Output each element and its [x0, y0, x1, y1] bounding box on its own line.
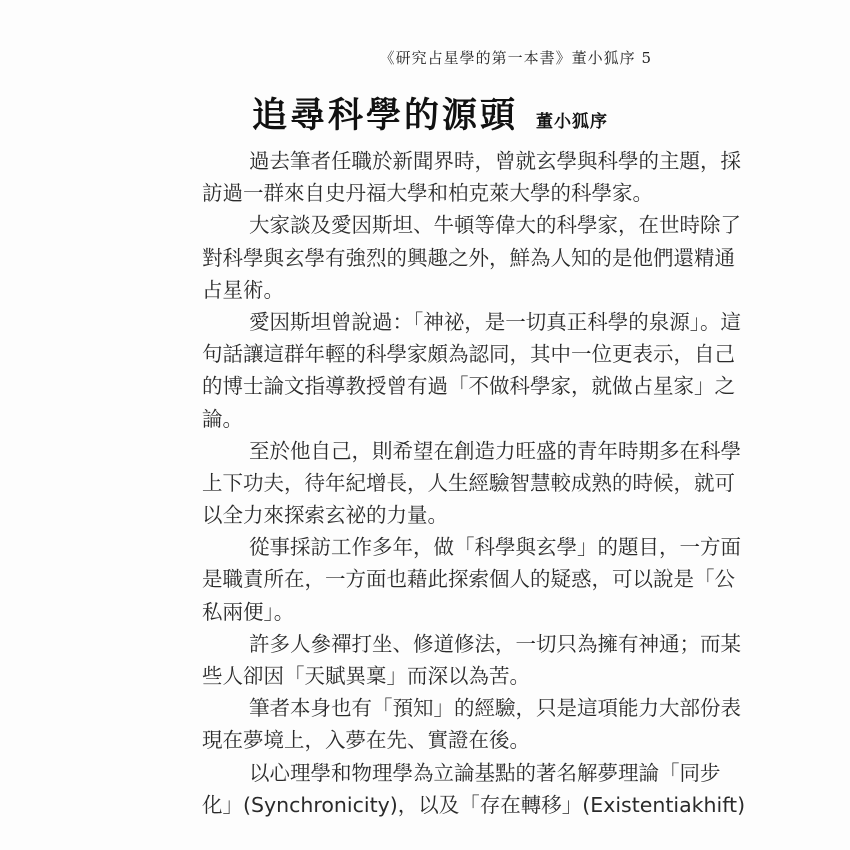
- text-line: 句話讓這群年輕的科學家頗為認同，其中一位更表示，自己: [202, 338, 654, 370]
- text-line: 現在夢境上，入夢在先、實證在後。: [202, 724, 654, 756]
- text-line: 從事採訪工作多年，做「科學與玄學」的題目，一方面: [202, 531, 654, 563]
- text-line: 筆者本身也有「預知」的經驗，只是這項能力大部份表: [202, 692, 654, 724]
- text-line: 論。: [202, 403, 654, 435]
- text-line: 以全力來探索玄祕的力量。: [202, 499, 654, 531]
- running-header: 《研究占星學的第一本書》董小狐序 5: [380, 47, 652, 68]
- body-text: 過去筆者任職於新聞界時，曾就玄學與科學的主題，採 訪過一群來自史丹福大學和柏克萊…: [202, 145, 654, 821]
- book-page: 《研究占星學的第一本書》董小狐序 5 追尋科學的源頭 董小狐序 過去筆者任職於新…: [0, 0, 850, 850]
- text-line: 對科學與玄學有強烈的興趣之外，鮮為人知的是他們還精通: [202, 242, 654, 274]
- text-line: 化」(Synchronicity)，以及「存在轉移」(Existentiakhi…: [202, 789, 654, 821]
- chapter-byline: 董小狐序: [536, 107, 608, 132]
- text-line: 的博士論文指導教授曾有過「不做科學家，就做占星家」之: [202, 370, 654, 402]
- text-line: 以心理學和物理學為立論基點的著名解夢理論「同步: [202, 757, 654, 789]
- text-line: 占星術。: [202, 274, 654, 306]
- text-line: 是職責所在，一方面也藉此探索個人的疑惑，可以說是「公: [202, 563, 654, 595]
- chapter-title: 追尋科學的源頭: [252, 88, 518, 138]
- text-line: 許多人參禪打坐、修道修法，一切只為擁有神通；而某: [202, 628, 654, 660]
- text-line: 至於他自己，則希望在創造力旺盛的青年時期多在科學: [202, 435, 654, 467]
- text-line: 上下功夫，待年紀增長，人生經驗智慧較成熟的時候，就可: [202, 467, 654, 499]
- text-line: 大家談及愛因斯坦、牛頓等偉大的科學家，在世時除了: [202, 209, 654, 241]
- text-line: 私兩便」。: [202, 596, 654, 628]
- text-line: 些人卻因「天賦異稟」而深以為苦。: [202, 660, 654, 692]
- chapter-heading: 追尋科學的源頭 董小狐序: [252, 88, 608, 138]
- text-line: 愛因斯坦曾說過：「神祕，是一切真正科學的泉源」。這: [202, 306, 654, 338]
- text-line: 訪過一群來自史丹福大學和柏克萊大學的科學家。: [202, 177, 654, 209]
- text-line: 過去筆者任職於新聞界時，曾就玄學與科學的主題，採: [202, 145, 654, 177]
